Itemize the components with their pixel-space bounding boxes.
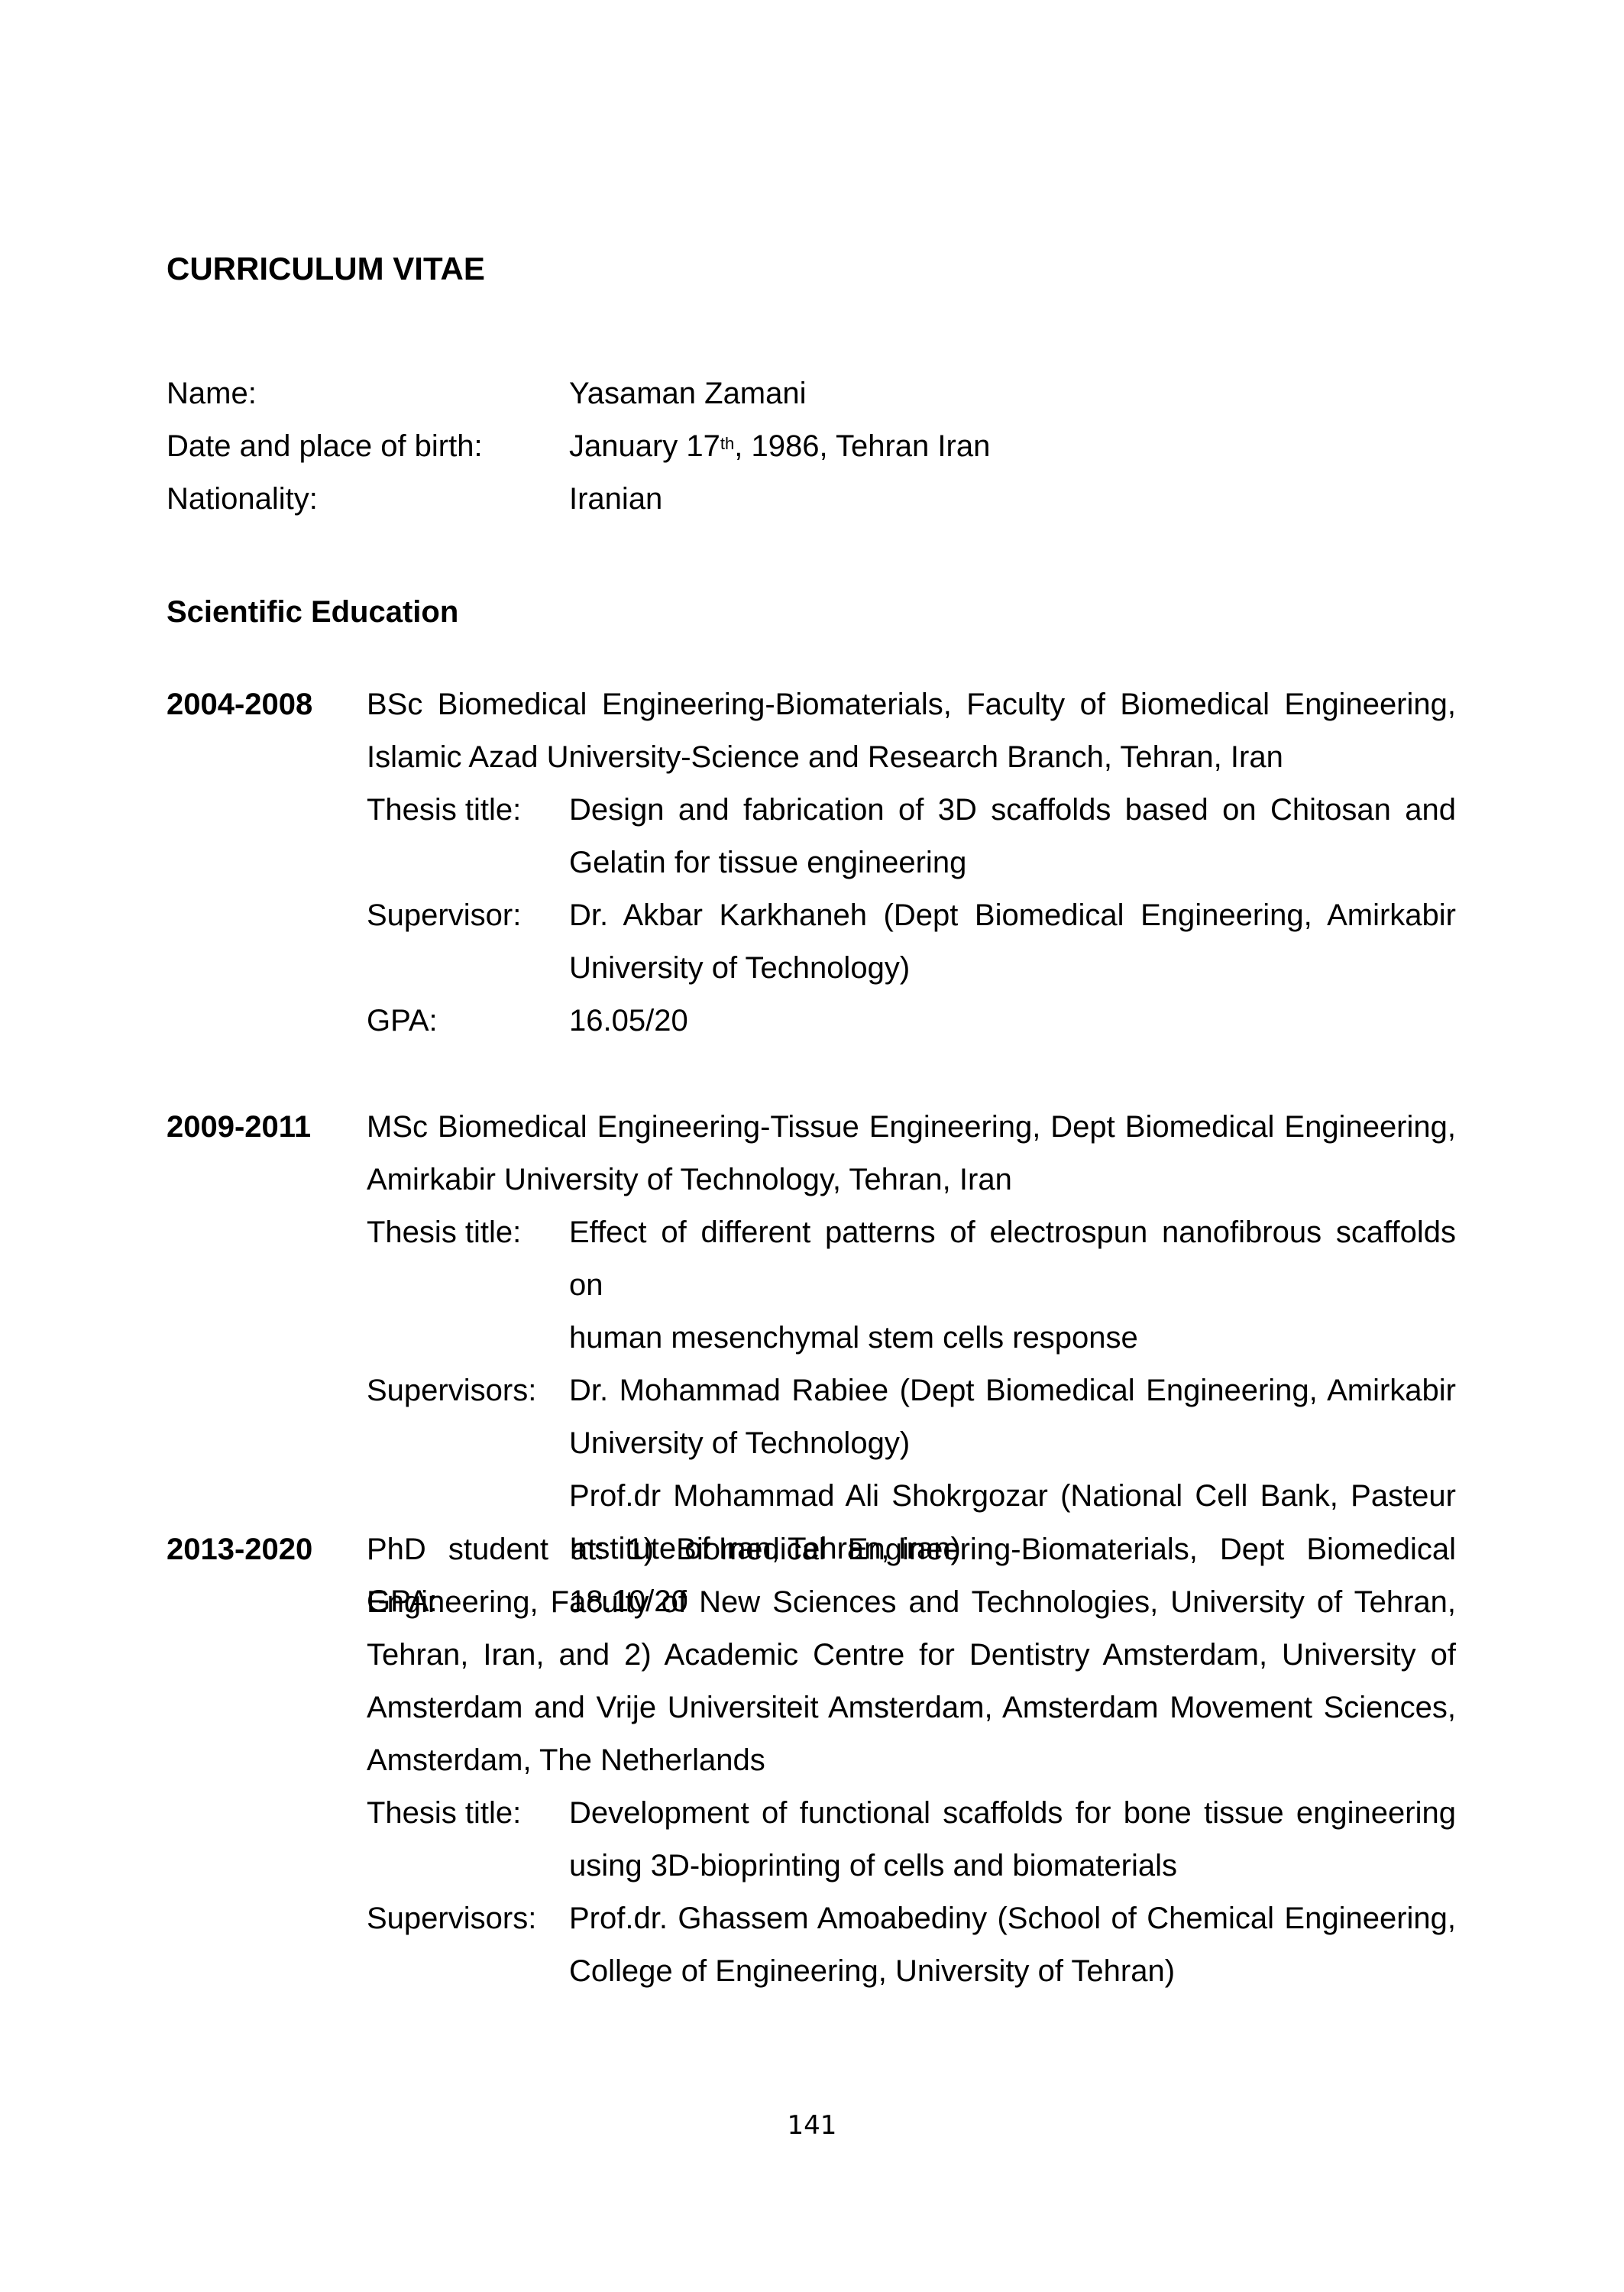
detail-line: Development of functional scaffolds for …	[569, 1787, 1456, 1840]
description-line: BSc Biomedical Engineering-Biomaterials,…	[367, 678, 1456, 731]
education-years: 2009-2011	[167, 1101, 311, 1154]
document-title: CURRICULUM VITAE	[167, 251, 485, 287]
detail-line: Effect of different patterns of electros…	[569, 1206, 1456, 1312]
detail-value-supervisors: Prof.dr. Ghassem Amoabediny (School of C…	[569, 1892, 1456, 1998]
detail-line: Prof.dr Mohammad Ali Shokrgozar (Nationa…	[569, 1470, 1456, 1523]
description-line: Tehran, Iran, and 2) Academic Centre for…	[367, 1629, 1456, 1682]
name-value: Yasaman Zamani	[569, 367, 807, 420]
detail-row-thesis-title: Thesis title:Development of functional s…	[367, 1787, 1456, 1892]
detail-line: human mesenchymal stem cells response	[569, 1312, 1456, 1365]
description-line: PhD student at: 1) Biomedical Engineerin…	[367, 1523, 1456, 1576]
nationality-value: Iranian	[569, 473, 662, 526]
name-label: Name:	[167, 367, 257, 420]
detail-line: Prof.dr. Ghassem Amoabediny (School of C…	[569, 1892, 1456, 1945]
description-line: Amsterdam and Vrije Universiteit Amsterd…	[367, 1682, 1456, 1734]
detail-value-thesis-title: Design and fabrication of 3D scaffolds b…	[569, 784, 1456, 889]
detail-line: using 3D-bioprinting of cells and biomat…	[569, 1840, 1456, 1892]
detail-line: Dr. Mohammad Rabiee (Dept Biomedical Eng…	[569, 1365, 1456, 1417]
description-line: MSc Biomedical Engineering-Tissue Engine…	[367, 1101, 1456, 1154]
education-years: 2013-2020	[167, 1523, 312, 1576]
education-body: PhD student at: 1) Biomedical Engineerin…	[367, 1523, 1456, 1998]
education-description: PhD student at: 1) Biomedical Engineerin…	[367, 1523, 1456, 1787]
detail-line: University of Technology)	[569, 942, 1456, 995]
detail-label-thesis-title: Thesis title:	[367, 1206, 521, 1259]
detail-label-supervisor: Supervisor:	[367, 889, 521, 942]
detail-line: 16.05/20	[569, 995, 1456, 1047]
detail-line: University of Technology)	[569, 1417, 1456, 1470]
detail-row-supervisor: Supervisor:Dr. Akbar Karkhaneh (Dept Bio…	[367, 889, 1456, 995]
detail-line: Dr. Akbar Karkhaneh (Dept Biomedical Eng…	[569, 889, 1456, 942]
description-line: Amsterdam, The Netherlands	[367, 1734, 1456, 1787]
education-entry: 2004-2008BSc Biomedical Engineering-Biom…	[167, 678, 1456, 1047]
detail-value-thesis-title: Development of functional scaffolds for …	[569, 1787, 1456, 1892]
detail-label-thesis-title: Thesis title:	[367, 1787, 521, 1840]
description-line: Amirkabir University of Technology, Tehr…	[367, 1154, 1456, 1206]
education-description: BSc Biomedical Engineering-Biomaterials,…	[367, 678, 1456, 784]
cv-page: CURRICULUM VITAE Name: Yasaman Zamani Da…	[0, 0, 1624, 2292]
nationality-label: Nationality:	[167, 473, 318, 526]
education-description: MSc Biomedical Engineering-Tissue Engine…	[367, 1101, 1456, 1206]
detail-row-supervisors: Supervisors:Prof.dr. Ghassem Amoabediny …	[367, 1892, 1456, 1998]
detail-line: Gelatin for tissue engineering	[569, 837, 1456, 889]
education-years: 2004-2008	[167, 678, 312, 731]
detail-label-thesis-title: Thesis title:	[367, 784, 521, 837]
detail-label-gpa: GPA:	[367, 995, 438, 1047]
detail-line: Design and fabrication of 3D scaffolds b…	[569, 784, 1456, 837]
detail-value-supervisor: Dr. Akbar Karkhaneh (Dept Biomedical Eng…	[569, 889, 1456, 995]
page-number: 141	[0, 2110, 1624, 2141]
detail-value-thesis-title: Effect of different patterns of electros…	[569, 1206, 1456, 1365]
detail-label-supervisors: Supervisors:	[367, 1365, 536, 1417]
detail-row-thesis-title: Thesis title:Effect of different pattern…	[367, 1206, 1456, 1365]
description-line: Islamic Azad University-Science and Rese…	[367, 731, 1456, 784]
detail-row-gpa: GPA:16.05/20	[367, 995, 1456, 1047]
detail-label-supervisors: Supervisors:	[367, 1892, 536, 1945]
detail-row-thesis-title: Thesis title:Design and fabrication of 3…	[367, 784, 1456, 889]
education-entry: 2013-2020PhD student at: 1) Biomedical E…	[167, 1523, 1456, 1998]
section-heading-education: Scientific Education	[167, 586, 458, 639]
education-body: BSc Biomedical Engineering-Biomaterials,…	[367, 678, 1456, 1047]
description-line: Engineering, Faculty of New Sciences and…	[367, 1576, 1456, 1629]
birth-value: January 17th, 1986, Tehran Iran	[569, 420, 990, 473]
birth-label: Date and place of birth:	[167, 420, 483, 473]
detail-value-gpa: 16.05/20	[569, 995, 1456, 1047]
detail-line: College of Engineering, University of Te…	[569, 1945, 1456, 1998]
